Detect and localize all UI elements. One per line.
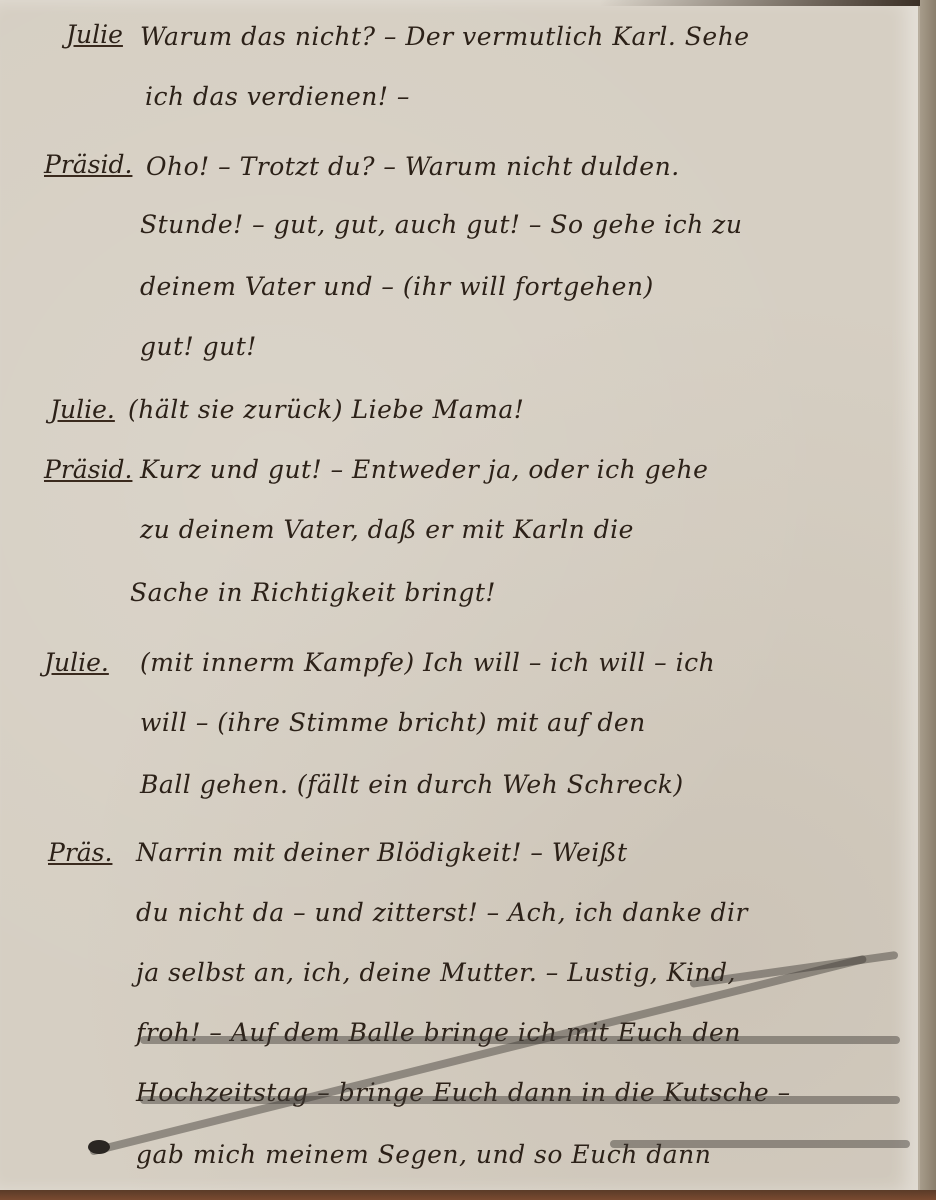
manuscript-page: Julie Warum das nicht? – Der vermutlich … bbox=[0, 0, 921, 1192]
manuscript-line: Ball gehen. (fällt ein durch Weh Schreck… bbox=[140, 770, 684, 799]
manuscript-line: ja selbst an, ich, deine Mutter. – Lusti… bbox=[136, 958, 736, 987]
manuscript-line: deinem Vater und – (ihr will fortgehen) bbox=[140, 272, 654, 301]
manuscript-line: (hält sie zurück) Liebe Mama! bbox=[128, 395, 524, 424]
manuscript-line: will – (ihre Stimme bricht) mit auf den bbox=[140, 708, 646, 737]
manuscript-line: Stunde! – gut, gut, auch gut! – So gehe … bbox=[140, 210, 742, 239]
pencil-strikethrough bbox=[610, 1140, 910, 1148]
book-binding-edge bbox=[0, 1190, 936, 1200]
pencil-strikethrough bbox=[140, 1096, 900, 1104]
manuscript-line: Kurz und gut! – Entweder ja, oder ich ge… bbox=[140, 455, 708, 484]
speaker-label: Präsid. bbox=[44, 150, 132, 179]
speaker-label: Julie. bbox=[50, 395, 115, 424]
manuscript-line: Oho! – Trotzt du? – Warum nicht dulden. bbox=[146, 152, 680, 181]
ink-blot bbox=[88, 1140, 110, 1154]
manuscript-line: ich das verdienen! – bbox=[145, 82, 410, 111]
manuscript-line: gut! gut! bbox=[140, 332, 257, 361]
manuscript-line: Narrin mit deiner Blödigkeit! – Weißt bbox=[136, 838, 628, 867]
pencil-strikethrough bbox=[140, 1036, 900, 1044]
manuscript-line: Warum das nicht? – Der vermutlich Karl. … bbox=[140, 22, 750, 51]
page-edge bbox=[920, 0, 936, 1200]
speaker-label: Präs. bbox=[48, 838, 112, 867]
speaker-label: Präsid. bbox=[44, 455, 132, 484]
manuscript-line: (mit innerm Kampfe) Ich will – ich will … bbox=[140, 648, 715, 677]
speaker-label: Julie bbox=[66, 20, 123, 49]
speaker-label: Julie. bbox=[44, 648, 109, 677]
manuscript-line: zu deinem Vater, daß er mit Karln die bbox=[140, 515, 634, 544]
manuscript-line: Sache in Richtigkeit bringt! bbox=[130, 578, 496, 607]
manuscript-line: du nicht da – und zitterst! – Ach, ich d… bbox=[136, 898, 748, 927]
page-top-shadow bbox=[600, 0, 920, 6]
